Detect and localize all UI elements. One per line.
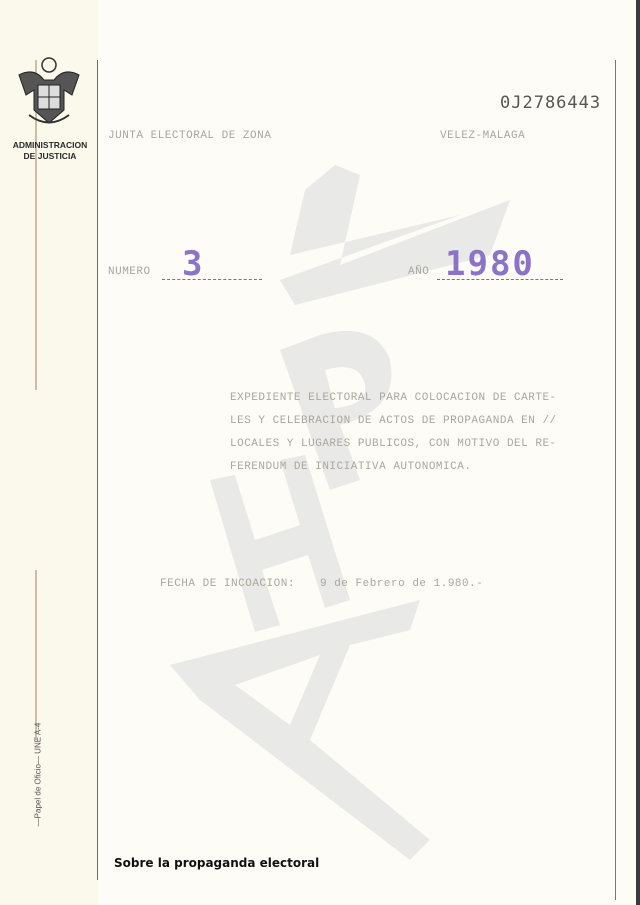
coat-of-arms-icon [14,55,84,130]
left-margin-rule [97,60,98,880]
subject-block: EXPEDIENTE ELECTORAL PARA COLOCACION DE … [230,387,600,479]
fecha-label: FECHA DE INCOACION: [160,578,295,590]
numero-label: NUMERO [108,266,151,278]
subject-line: FERENDUM DE INICIATIVA AUTONOMICA. [230,456,600,479]
institution-line: ADMINISTRACION [10,140,90,151]
serial-number: 0J2786443 [500,93,601,113]
numero-underline [162,279,262,280]
institution-line: DE JUSTICIA [10,151,90,162]
paper-type-note: —Papel de Oficio— UNE A-4 [34,705,43,845]
caption: Sobre la propaganda electoral [114,856,319,870]
page-edge-shadow [636,0,640,905]
header-left: JUNTA ELECTORAL DE ZONA [108,130,271,142]
anio-label: AÑO [408,266,429,278]
subject-line: LES Y CELEBRACION DE ACTOS DE PROPAGANDA… [230,410,600,433]
subject-line: EXPEDIENTE ELECTORAL PARA COLOCACION DE … [230,387,600,410]
header-right: VELEZ-MALAGA [440,130,525,142]
fecha-value: 9 de Febrero de 1.980.- [320,578,483,590]
left-margin-strip [0,0,98,905]
subject-line: LOCALES Y LUGARES PUBLICOS, CON MOTIVO D… [230,433,600,456]
institution-label: ADMINISTRACION DE JUSTICIA [10,140,90,162]
numero-stamp: 3 [182,244,202,284]
anio-stamp: 1980 [445,244,535,284]
right-margin-rule [615,60,616,900]
